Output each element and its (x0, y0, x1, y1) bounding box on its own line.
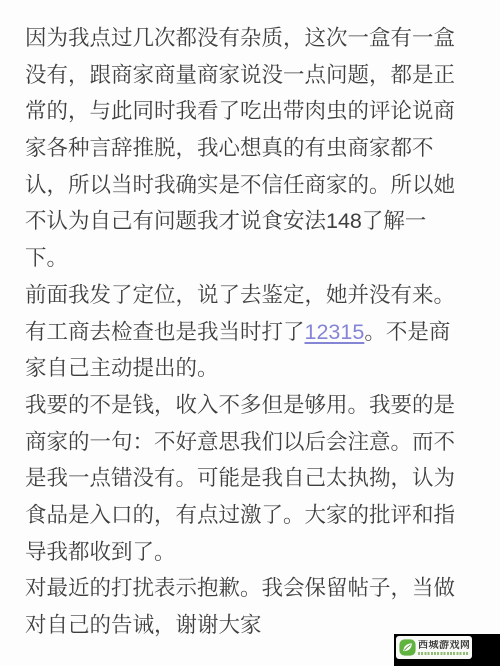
text-segment: 前面我发了定位，说了去鉴定，她并没有来。 (25, 283, 455, 307)
text-line: 没有，跟商家商量商家说没一点问题，都是正 (25, 57, 480, 94)
post-page: 因为我点过几次都没有杂质，这次一盒有一盒没有，跟商家商量商家说没一点问题，都是正… (0, 0, 500, 666)
leaf-logo-icon (399, 639, 416, 656)
text-line: 食品是入口的，有点过激了。大家的批评和指 (25, 497, 480, 534)
text-line: 是我一点错没有。可能是我自己太执拗，认为 (25, 460, 480, 497)
watermark: 西城游戏网 (394, 634, 500, 666)
watermark-subtext (418, 652, 468, 655)
text-line: 家自己主动提出的。 (25, 350, 480, 387)
text-segment: 家自己主动提出的。 (25, 356, 219, 380)
text-segment: 有工商去检查也是我当时打了 (25, 320, 305, 344)
text-segment: 我要的不是钱，收入不多但是够用。我要的是 (25, 393, 455, 417)
text-segment: 导我都收到了。 (25, 540, 176, 564)
text-segment: 下。 (25, 246, 68, 270)
text-line: 常的，与此同时我看了吃出带肉虫的评论说商 (25, 93, 480, 130)
text-line: 我要的不是钱，收入不多但是够用。我要的是 (25, 387, 480, 424)
watermark-site-name: 西城游戏网 (418, 640, 469, 651)
post-text: 因为我点过几次都没有杂质，这次一盒有一盒没有，跟商家商量商家说没一点问题，都是正… (25, 20, 480, 644)
text-segment: 商家的一句：不好意思我们以后会注意。而不 (25, 430, 455, 454)
text-line: 对最近的打扰表示抱歉。我会保留帖子，当做 (25, 570, 480, 607)
text-line: 前面我发了定位，说了去鉴定，她并没有来。 (25, 277, 480, 314)
text-segment: 。不是商 (364, 320, 450, 344)
text-segment: 没有，跟商家商量商家说没一点问题，都是正 (25, 63, 455, 87)
text-line: 导我都收到了。 (25, 534, 480, 571)
text-segment: 认，所以当时我确实是不信任商家的。所以她 (25, 173, 455, 197)
text-line: 因为我点过几次都没有杂质，这次一盒有一盒 (25, 20, 480, 57)
text-segment: 对最近的打扰表示抱歉。我会保留帖子，当做 (25, 576, 455, 600)
text-line: 商家的一句：不好意思我们以后会注意。而不 (25, 424, 480, 461)
text-segment: 家各种言辞推脱，我心想真的有虫商家都不 (25, 136, 434, 160)
text-segment: 对自己的告诫，谢谢大家 (25, 613, 262, 637)
text-line: 下。 (25, 240, 480, 277)
text-line: 认，所以当时我确实是不信任商家的。所以她 (25, 167, 480, 204)
text-line: 家各种言辞推脱，我心想真的有虫商家都不 (25, 130, 480, 167)
text-segment: 常的，与此同时我看了吃出带肉虫的评论说商 (25, 99, 455, 123)
text-line: 不认为自己有问题我才说食安法148了解一 (25, 203, 480, 240)
text-line: 有工商去检查也是我当时打了12315。不是商 (25, 314, 480, 351)
text-segment: 食品是入口的，有点过激了。大家的批评和指 (25, 503, 455, 527)
link-12315[interactable]: 12315 (305, 320, 365, 344)
watermark-badge: 西城游戏网 (396, 636, 472, 659)
text-segment: 不认为自己有问题我才说食安法148了解一 (25, 209, 426, 233)
watermark-text-column: 西城游戏网 (418, 640, 469, 656)
text-segment: 因为我点过几次都没有杂质，这次一盒有一盒 (25, 26, 455, 50)
text-segment: 是我一点错没有。可能是我自己太执拗，认为 (25, 466, 455, 490)
